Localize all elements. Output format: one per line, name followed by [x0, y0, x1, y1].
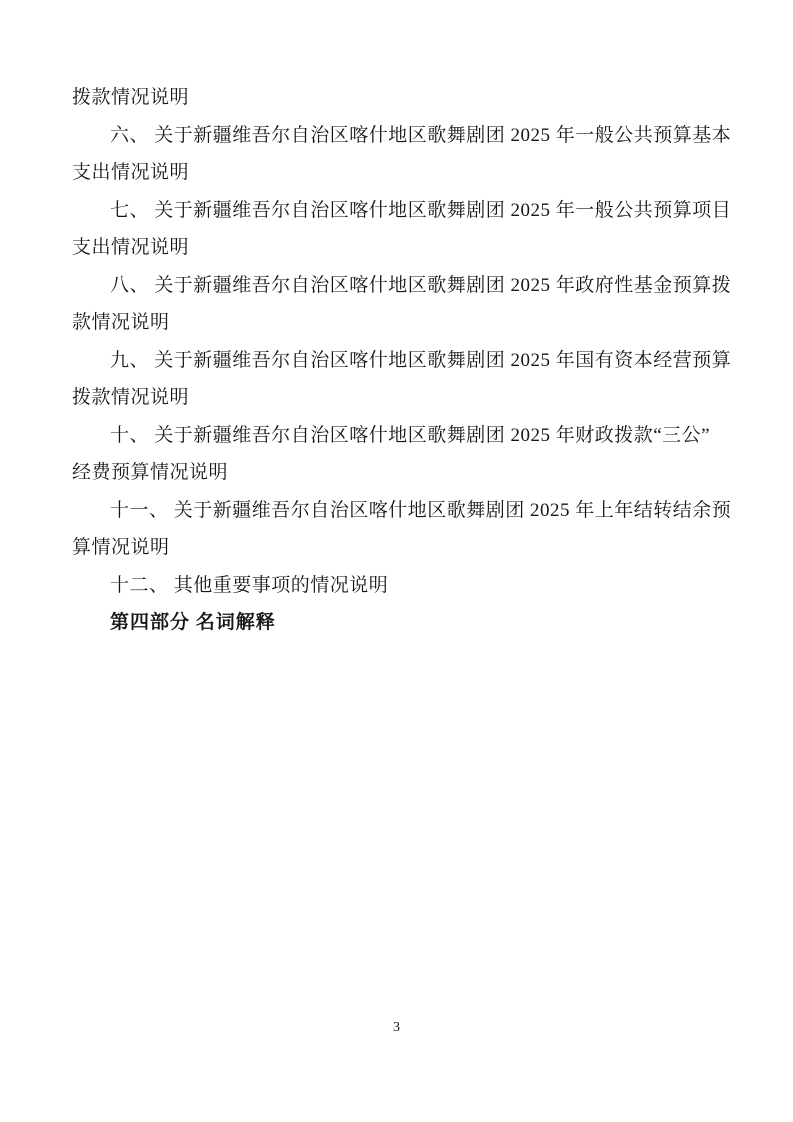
toc-line: 七、 关于新疆维吾尔自治区喀什地区歌舞剧团 2025 年一般公共预算项目	[72, 192, 732, 230]
toc-line: 六、 关于新疆维吾尔自治区喀什地区歌舞剧团 2025 年一般公共预算基本	[72, 117, 732, 155]
toc-line: 十、 关于新疆维吾尔自治区喀什地区歌舞剧团 2025 年财政拨款“三公”	[72, 417, 732, 455]
toc-line: 拨款情况说明	[72, 79, 732, 117]
toc-line: 十一、 关于新疆维吾尔自治区喀什地区歌舞剧团 2025 年上年结转结余预	[72, 492, 732, 530]
toc-section: 拨款情况说明 六、 关于新疆维吾尔自治区喀什地区歌舞剧团 2025 年一般公共预…	[72, 79, 732, 642]
toc-line: 支出情况说明	[72, 154, 732, 192]
document-page: 拨款情况说明 六、 关于新疆维吾尔自治区喀什地区歌舞剧团 2025 年一般公共预…	[0, 0, 793, 1122]
toc-line: 拨款情况说明	[72, 379, 732, 417]
toc-line: 算情况说明	[72, 529, 732, 567]
toc-line: 款情况说明	[72, 304, 732, 342]
toc-line: 八、 关于新疆维吾尔自治区喀什地区歌舞剧团 2025 年政府性基金预算拨	[72, 267, 732, 305]
toc-line: 十二、 其他重要事项的情况说明	[72, 567, 732, 605]
page-number: 3	[0, 1018, 793, 1038]
toc-line: 九、 关于新疆维吾尔自治区喀什地区歌舞剧团 2025 年国有资本经营预算	[72, 342, 732, 380]
toc-line: 经费预算情况说明	[72, 454, 732, 492]
toc-line: 支出情况说明	[72, 229, 732, 267]
section-heading: 第四部分 名词解释	[72, 604, 732, 642]
